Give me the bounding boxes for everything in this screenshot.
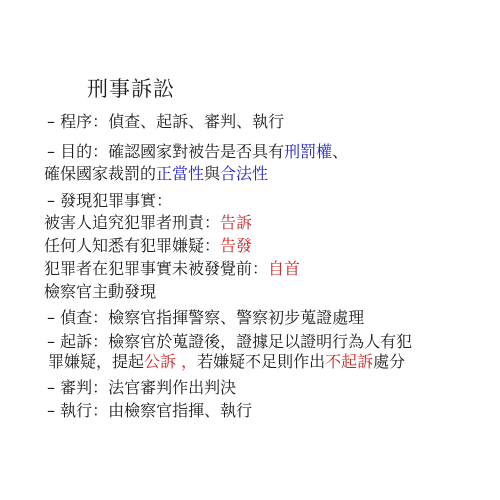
text-segment: – 起訴：檢察官於蒐證後，證據足以證明行為人有犯 (47, 332, 412, 351)
highlight-red: 自首 (268, 259, 300, 278)
text-segment: – 執行：由檢察官指揮、執行 (47, 401, 252, 420)
line-purpose: – 目的：確認國家對被告是否具有刑罰權、 (47, 144, 348, 160)
line-trial: – 審判：法官審判作出判決 (47, 380, 236, 396)
text-segment: 若嫌疑不足則作出 (197, 352, 325, 371)
line-report: 任何人知悉有犯罪嫌疑：告發 (44, 238, 252, 254)
line-purpose-wrap: 確保國家裁罰的正當性與合法性 (44, 166, 268, 182)
text-segment: 被害人追究犯罪者刑責： (44, 213, 220, 232)
text-segment: – 目的：確認國家對被告是否具有 (47, 142, 284, 161)
text-segment: 處分 (373, 352, 405, 371)
highlight-red: 公訴 ， (144, 352, 197, 371)
highlight-blue: 刑罰權 (284, 142, 332, 161)
text-segment: 與 (204, 164, 220, 183)
highlight-blue: 合法性 (220, 164, 268, 183)
line-surrender: 犯罪者在犯罪事實未被發覺前：自首 (44, 261, 300, 277)
text-segment: 檢察官主動發現 (44, 282, 156, 301)
text-segment: – 審判：法官審判作出判決 (47, 378, 236, 397)
line-procedure: – 程序：偵查、起訴、審判、執行 (47, 114, 284, 130)
line-complaint: 被害人追究犯罪者刑責：告訴 (44, 215, 252, 231)
page-title: 刑事訴訟 (87, 73, 175, 103)
text-segment: 、 (332, 142, 348, 161)
highlight-red: 告訴 (220, 213, 252, 232)
text-segment: 確保國家裁罰的 (44, 164, 156, 183)
line-investigation: – 偵查：檢察官指揮警察、警察初步蒐證處理 (47, 310, 364, 326)
line-prosecution: – 起訴：檢察官於蒐證後，證據足以證明行為人有犯 (47, 334, 412, 350)
highlight-blue: 正當性 (156, 164, 204, 183)
line-discover-facts: – 發現犯罪事實： (47, 193, 172, 209)
line-prosecution-wrap: 罪嫌疑，提起公訴 ，若嫌疑不足則作出不起訴處分 (48, 354, 405, 370)
text-segment: – 偵查：檢察官指揮警察、警察初步蒐證處理 (47, 308, 364, 327)
highlight-red: 告發 (220, 236, 252, 255)
highlight-red: 不起訴 (325, 352, 373, 371)
line-prosecutor-initiative: 檢察官主動發現 (44, 284, 156, 300)
text-segment: 任何人知悉有犯罪嫌疑： (44, 236, 220, 255)
text-segment: 罪嫌疑，提起 (48, 352, 144, 371)
text-segment: – 發現犯罪事實： (47, 191, 172, 210)
text-segment: 犯罪者在犯罪事實未被發覺前： (44, 259, 268, 278)
line-execution: – 執行：由檢察官指揮、執行 (47, 403, 252, 419)
slide-page: 刑事訴訟 – 程序：偵查、起訴、審判、執行– 目的：確認國家對被告是否具有刑罰權… (0, 0, 500, 500)
text-segment: – 程序：偵查、起訴、審判、執行 (47, 112, 284, 131)
